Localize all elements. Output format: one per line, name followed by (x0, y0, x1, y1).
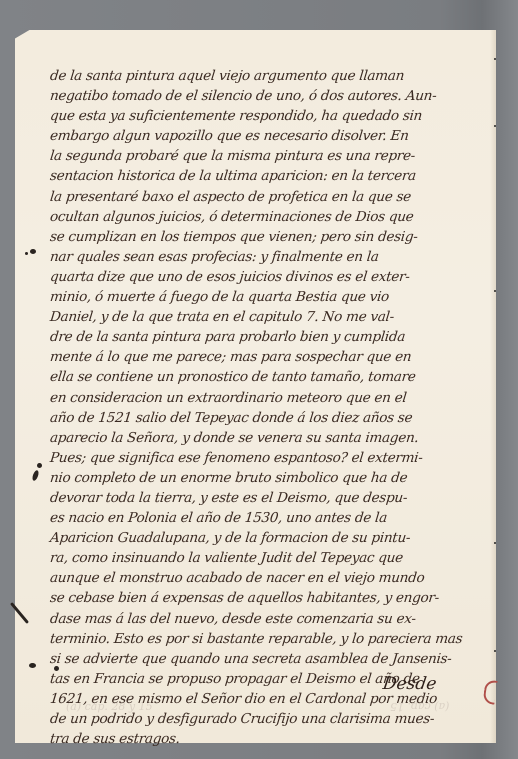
text-line: Pues; que significa ese fenomeno espanto… (49, 448, 471, 468)
ink-blot (54, 666, 59, 671)
text-line: devorar toda la tierra, y este es el Dei… (49, 488, 471, 508)
text-line: nar quales sean esas profecias: y finalm… (49, 247, 471, 267)
text-line: Aparicion Guadalupana, y de la formacion… (49, 528, 471, 548)
text-line: de la santa pintura aquel viejo argument… (49, 66, 471, 86)
text-line: terminio. Esto es por si bastante repara… (49, 629, 471, 649)
text-line: quarta dize que uno de esos juicios divi… (49, 267, 471, 287)
ink-blot (30, 249, 36, 254)
text-line: embargo algun vapozillo que es necesario… (49, 126, 471, 146)
text-line: si se advierte que quando una secreta as… (49, 649, 471, 669)
manuscript-text: de la santa pintura aquel viejo argument… (50, 66, 470, 749)
faint-footnote-left: (a) cap. 28 y 15 (66, 700, 153, 713)
text-line: Daniel, y de la que trata en el capitulo… (49, 307, 471, 327)
ink-blot (37, 463, 42, 468)
text-line: mente á lo que me parece; mas para sospe… (49, 347, 471, 367)
text-line: dre de la santa pintura para probarlo bi… (49, 327, 471, 347)
text-line: sentacion historica de la ultima aparici… (49, 166, 471, 186)
text-line: aparecio la Señora, y donde se venera su… (49, 428, 471, 448)
text-line: se cebase bien á expensas de aquellos ha… (49, 588, 471, 608)
text-line: la presentaré baxo el aspecto de profeti… (49, 187, 471, 207)
text-line: dase mas á las del nuevo, desde este com… (49, 609, 471, 629)
catchword: Desde (382, 674, 438, 694)
text-line: ocultan algunos juicios, ó determinacion… (49, 207, 471, 227)
ink-blot (29, 663, 36, 668)
ink-blot (25, 252, 28, 255)
text-line: aunque el monstruo acabado de nacer en e… (49, 568, 471, 588)
text-line: en consideracion un extraordinario meteo… (49, 388, 471, 408)
text-line: ra, como insinuando la valiente Judit de… (49, 548, 471, 568)
text-line: nio completo de un enorme bruto simbolic… (49, 468, 471, 488)
text-line: se cumplizan en los tiempos que vienen; … (49, 227, 471, 247)
faint-footnote-right: (a) cap. 15 (390, 700, 449, 713)
text-line: año de 1521 salio del Tepeyac donde á lo… (49, 408, 471, 428)
text-line: la segunda probaré que la misma pintura … (49, 146, 471, 166)
text-line: negatibo tomado de el silencio de uno, ó… (49, 86, 471, 106)
text-line: tra de sus estragos. (49, 729, 471, 749)
text-line: ella se contiene un pronostico de tanto … (49, 367, 471, 387)
text-line: es nacio en Polonia el año de 1530, uno … (49, 508, 471, 528)
text-line: minio, ó muerte á fuego de la quarta Bes… (49, 287, 471, 307)
text-line: que esta ya suficientemente respondido, … (49, 106, 471, 126)
